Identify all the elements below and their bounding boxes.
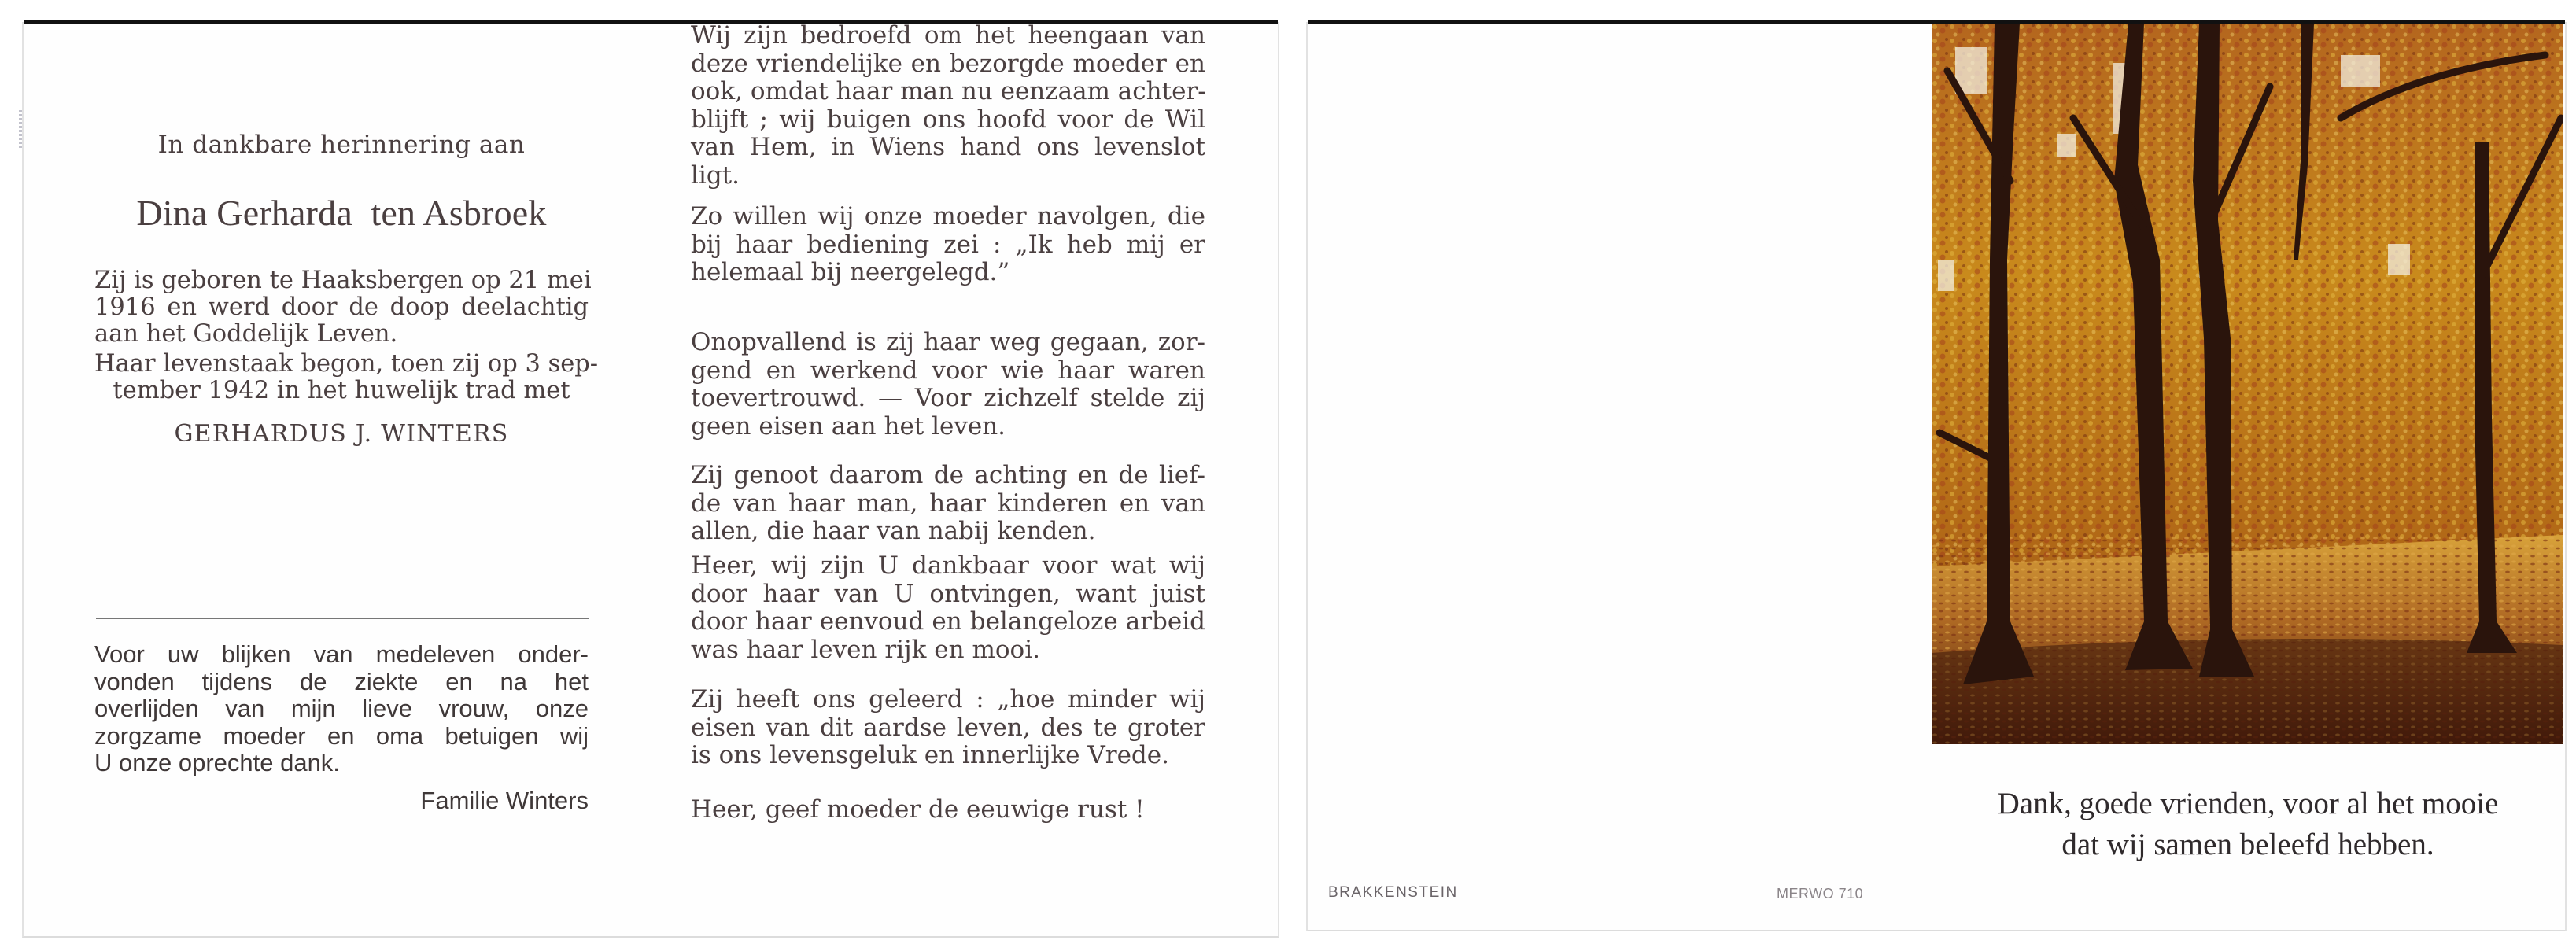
thanks-line: zorgzame moeder en oma betuigen wij [94,723,589,750]
thanks-line: vonden tijdens de ziekte en na het [94,669,589,696]
text-line: geen eisen aan het leven. [691,413,1205,441]
birth-line: Zij is geboren te Haaksbergen op 21 mei [94,267,589,294]
section-divider [96,618,589,619]
text-paragraph: Heer, wij zijn U dankbaar voor wat wij d… [691,552,1205,664]
text-line: allen, die haar van nabij kenden. [691,518,1205,546]
text-line: blijft ; wij buigen ons hoofd voor de Wi… [691,106,1205,135]
birth-line: aan het Goddelijk Leven. [94,321,589,348]
text-line: eisen van dit aardse leven, des te grote… [691,714,1205,743]
text-line: Zij genoot daarom de achting en de lief- [691,462,1205,490]
text-line: Heer, wij zijn U dankbaar voor wat wij [691,552,1205,581]
prayer-line: Heer, geef moeder de eeuwige rust ! [691,796,1205,824]
text-line: ook, omdat haar man nu eenzaam achter- [691,78,1205,106]
text-paragraph: Zij heeft ons geleerd : „hoe minder wij … [691,686,1205,770]
birth-line: 1916 en werd door de doop deelachtig [94,294,589,321]
thanks-line: overlijden van mijn lieve vrouw, onze [94,695,589,723]
caption-line: dat wij samen beleefd hebben. [1937,824,2559,865]
text-line: van Hem, in Wiens hand ons levenslot [691,134,1205,162]
text-line: de van haar man, haar kinderen en van [691,490,1205,518]
text-paragraph: Wij zijn bedroefd om het heengaan van de… [691,22,1205,190]
text-line: Onopvallend is zij haar weg gegaan, zor- [691,329,1205,357]
family-signature: Familie Winters [94,787,589,815]
text-paragraph: Zij genoot daarom de achting en de lief-… [691,462,1205,546]
autumn-forest-photo-icon [1932,24,2563,744]
text-line: Heer, geef moeder de eeuwige rust ! [691,796,1205,824]
text-line: was haar leven rijk en mooi. [691,636,1205,665]
text-line: ligt. [691,162,1205,190]
text-line: bij haar bediening zei : „Ik heb mij er [691,231,1205,260]
caption-line: Dank, goede vrienden, voor al het mooie [1937,784,2559,824]
product-code: MERWO 710 [1777,886,1863,902]
marriage-paragraph: Haar levenstaak begon, toen zij op 3 sep… [94,351,589,404]
text-paragraph: Zo willen wij onze moeder navolgen, die … [691,203,1205,287]
thanks-line: U onze oprechte dank. [94,750,589,777]
text-line: Zij heeft ons geleerd : „hoe minder wij [691,686,1205,714]
deceased-name: Dina Gerharda ten Asbroek [79,192,604,234]
text-line: is ons levensgeluk en innerlijke Vrede. [691,742,1205,770]
publisher-imprint: BRAKKENSTEIN [1328,884,1458,902]
text-line: door haar van U ontvingen, want juist [691,581,1205,609]
dedication-intro: In dankbare herinnering aan [94,131,589,159]
text-line: deze vriendelijke en bezorgde moeder en [691,50,1205,79]
marriage-line: Haar levenstaak begon, toen zij op 3 sep… [94,351,589,378]
text-line: door haar eenvoud en belangeloze arbeid [691,608,1205,636]
text-paragraph: Onopvallend is zij haar weg gegaan, zor-… [691,329,1205,441]
birth-paragraph: Zij is geboren te Haaksbergen op 21 mei … [94,267,589,348]
text-line: helemaal bij neergelegd.” [691,259,1205,287]
spouse-name: GERHARDUS J. WINTERS [94,420,589,448]
text-line: Wij zijn bedroefd om het heengaan van [691,22,1205,50]
text-line: toevertrouwd. — Voor zichzelf stelde zij [691,385,1205,413]
thanks-paragraph: Voor uw blijken van medeleven onder- von… [94,641,589,777]
printer-edge-mark [19,110,22,149]
thank-you-caption: Dank, goede vrienden, voor al het mooie … [1937,784,2559,865]
text-line: Zo willen wij onze moeder navolgen, die [691,203,1205,231]
text-line: gend en werkend voor wie haar waren [691,357,1205,385]
marriage-line: tember 1942 in het huwelijk trad met [94,378,589,404]
thanks-line: Voor uw blijken van medeleven onder- [94,641,589,669]
